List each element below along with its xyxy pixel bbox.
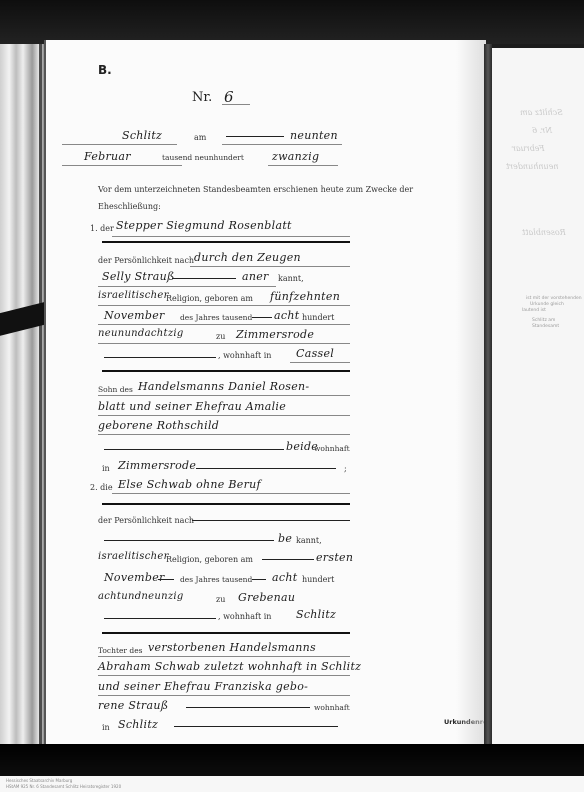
party2-birth-month: November: [104, 571, 165, 584]
party1-parents-in-label: in: [102, 464, 110, 473]
party1-birth-century: acht: [274, 309, 299, 322]
party1-known-prefix: aner: [242, 270, 269, 283]
rule: [112, 236, 350, 237]
scan-viewer: B. Nr. 6 Schlitz am neunten Februar taus…: [0, 0, 584, 792]
party1-birth-day: fünfzehnten: [270, 290, 340, 303]
rule: [98, 395, 350, 396]
rule: [98, 324, 350, 325]
bleed-through-text: neunhundert: [506, 162, 559, 171]
party1-known-suffix: kannt,: [278, 274, 304, 283]
party1-parents-label: Sohn des: [98, 385, 133, 394]
section-divider: [102, 632, 350, 634]
blank-dash: [262, 559, 314, 560]
bleed-through-print: lautend ist: [522, 308, 546, 314]
rule: [98, 286, 276, 287]
party2-number: 2. die: [90, 483, 113, 492]
party1-birth-month: November: [104, 309, 165, 322]
party1-parents-line2: blatt und seiner Ehefrau Amalie: [98, 400, 286, 413]
party1-place-prefix: zu: [216, 332, 225, 341]
rule: [98, 343, 350, 344]
bleed-through-text: Schlitz am: [520, 108, 563, 117]
party1-hundred-label: hundert: [302, 313, 334, 322]
rule: [268, 165, 338, 166]
party1-identity-line2: Selly Strauß: [102, 270, 175, 283]
rule: [98, 695, 350, 696]
party1-residence: Cassel: [296, 347, 334, 360]
scan-background-bottom: [0, 744, 584, 776]
party2-identity-label: der Persönlichkeit nach: [98, 516, 194, 525]
rule: [190, 266, 350, 267]
blank-dash: [172, 278, 236, 279]
bleed-through-text: Rosenblatt: [522, 228, 566, 237]
archive-footer: Hessisches Staatsarchiv Marburg HStAM 92…: [0, 776, 584, 792]
party2-birth-year-label: des Jahres tausend: [180, 575, 252, 584]
page-gutter: [39, 44, 42, 744]
page-stack-edge: [0, 44, 46, 744]
party1-religion-label: Religion, geboren am: [166, 294, 253, 303]
rule: [222, 144, 342, 145]
party1-parents-residence-label: wohnhaft: [314, 444, 350, 453]
record-number-label: Nr.: [192, 90, 212, 105]
footer-archive-name: Hessisches Staatsarchiv Marburg: [6, 778, 72, 783]
facing-page: Schlitz am Nr. 6 Februar neunhundert Ros…: [492, 48, 584, 748]
blank-dash: [104, 540, 274, 541]
party1-religion: israelitischer: [98, 290, 169, 301]
party2-known-suffix: kannt,: [296, 536, 322, 545]
blank-dash: [104, 618, 216, 619]
party2-birth-century: acht: [272, 571, 297, 584]
rule: [98, 434, 350, 435]
party2-birth-place: Grebenau: [238, 591, 295, 604]
party2-birth-year-rest: achtundneunzig: [98, 591, 184, 602]
party1-identity-line1: durch den Zeugen: [194, 251, 301, 264]
party2-parents-line2: Abraham Schwab zuletzt wohnhaft in Schli…: [98, 660, 361, 673]
rule: [112, 493, 350, 494]
party2-parents-line3: und seiner Ehefrau Franziska gebo-: [98, 680, 308, 693]
section-letter: B.: [98, 63, 112, 77]
year-suffix: zwanzig: [272, 150, 319, 163]
rule: [222, 104, 250, 105]
party2-parents-line1: verstorbenen Handelsmanns: [148, 641, 316, 654]
rule: [98, 305, 350, 306]
party2-religion-label: Religion, geboren am: [166, 555, 253, 564]
party1-birth-year-label: des Jahres tausend: [180, 313, 252, 322]
party1-name: Stepper Siegmund Rosenblatt: [116, 219, 292, 232]
party1-identity-label: der Persönlichkeit nach: [98, 256, 194, 265]
scan-background-top: [0, 0, 584, 44]
blank-dash: [252, 579, 266, 580]
party2-name: Else Schwab ohne Beruf: [118, 478, 261, 491]
party2-parents-label: Tochter des: [98, 646, 142, 655]
party1-residence-label: , wohnhaft in: [218, 351, 271, 360]
blank-dash: [192, 520, 350, 521]
footer-signature: HStAM 925 Nr. 6 Standesamt Schlitz Heira…: [6, 784, 121, 789]
blank-dash: [104, 449, 284, 450]
party2-parents-in-label: in: [102, 723, 110, 732]
party2-residence: Schlitz: [296, 608, 336, 621]
party2-hundred-label: hundert: [302, 575, 334, 584]
semicolon: ;: [344, 464, 347, 473]
rule: [98, 656, 350, 657]
rule: [62, 144, 177, 145]
rule: [98, 675, 350, 676]
bleed-through-text: Nr. 6: [532, 126, 552, 135]
blank-dash: [252, 317, 272, 318]
blank-dash: [158, 579, 174, 580]
party1-number: 1. der: [90, 224, 114, 233]
party2-birth-day: ersten: [316, 551, 353, 564]
intro-line-2: Eheschließung:: [98, 202, 161, 211]
blank-dash: [186, 707, 310, 708]
blank-dash: [174, 726, 338, 727]
party2-residence-label: , wohnhaft in: [218, 612, 271, 621]
rule: [98, 415, 350, 416]
party1-parents-residence: Zimmersrode: [118, 459, 196, 472]
bleed-through-print: Standesamt: [532, 324, 559, 330]
section-divider: [102, 503, 350, 505]
party2-parents-residence-label: wohnhaft: [314, 703, 350, 712]
blank-dash: [226, 136, 284, 137]
year-prefix: tausend neunhundert: [162, 153, 244, 162]
party1-birth-place: Zimmersrode: [236, 328, 314, 341]
section-divider: [102, 241, 350, 243]
party2-religion: israelitischer: [98, 551, 169, 562]
party2-place-prefix: zu: [216, 595, 225, 604]
intro-line-1: Vor dem unterzeichneten Standesbeamten e…: [98, 185, 413, 194]
rule: [62, 165, 182, 166]
bleed-through-text: Februar: [512, 144, 545, 153]
date-prefix: am: [194, 133, 206, 142]
blank-dash: [104, 357, 216, 358]
party1-parents-line1: Handelsmanns Daniel Rosen-: [138, 380, 309, 393]
date-month: Februar: [84, 150, 131, 163]
date-day: neunten: [290, 129, 338, 142]
book-binding: [484, 44, 492, 744]
party1-birth-year-rest: neunundachtzig: [98, 328, 184, 339]
rule: [290, 362, 350, 363]
party2-parents-residence: Schlitz: [118, 718, 158, 731]
section-divider: [102, 370, 350, 372]
blank-dash: [196, 468, 336, 469]
register-page: B. Nr. 6 Schlitz am neunten Februar taus…: [44, 40, 486, 746]
place: Schlitz: [122, 129, 162, 142]
party2-parents-line4: rene Strauß: [98, 699, 168, 712]
party1-parents-line3: geborene Rothschild: [98, 419, 219, 432]
party2-known-prefix: be: [278, 532, 292, 545]
